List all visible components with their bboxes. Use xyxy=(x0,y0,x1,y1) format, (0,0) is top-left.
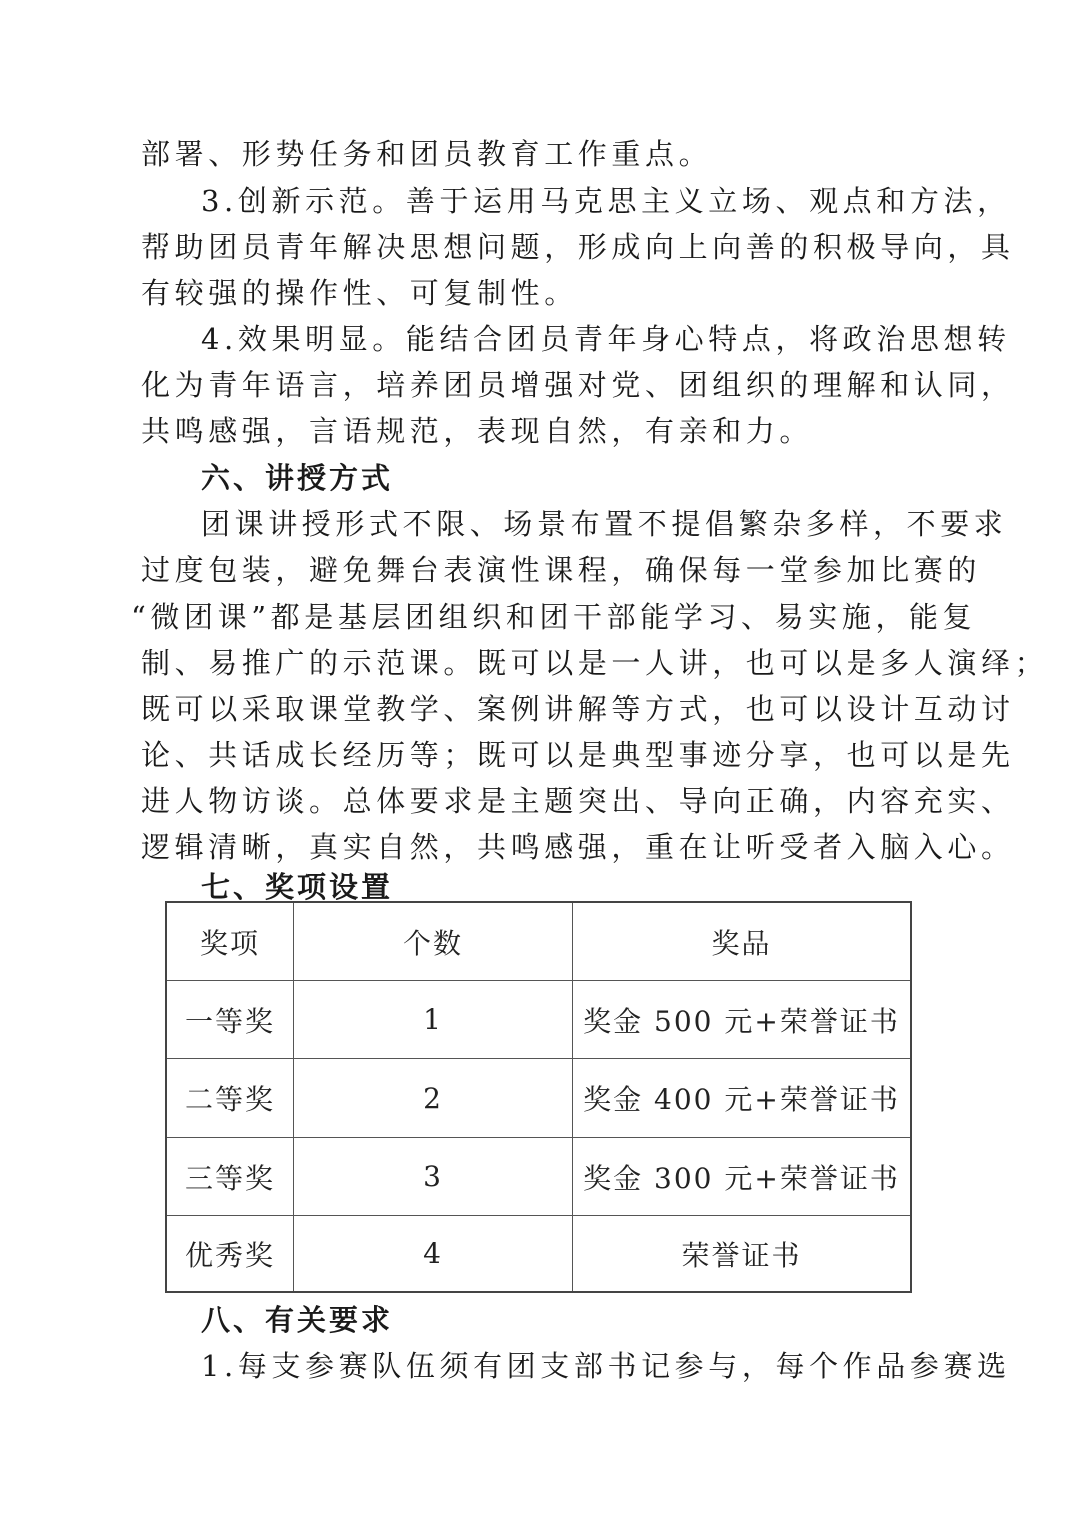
section-heading-teaching-method: 六、讲授方式 xyxy=(201,455,1001,501)
section-heading-requirements: 八、有关要求 xyxy=(201,1297,1001,1343)
paragraph-line: 帮助团员青年解决思想问题，形成向上向善的积极导向，具 xyxy=(141,224,941,270)
table-header: 奖品 xyxy=(573,903,910,981)
table-cell: 1 xyxy=(294,981,573,1059)
table-header: 个数 xyxy=(294,903,573,981)
paragraph-line: 部署、形势任务和团员教育工作重点。 xyxy=(141,131,941,177)
paragraph-line: 既可以采取课堂教学、案例讲解等方式，也可以设计互动讨 xyxy=(141,686,941,732)
paragraph-line: 论、共话成长经历等；既可以是典型事迹分享，也可以是先 xyxy=(141,732,941,778)
table-cell: 4 xyxy=(294,1216,573,1291)
table-cell: 二等奖 xyxy=(167,1059,294,1138)
awards-table: 奖项 个数 奖品 一等奖 1 奖金 500 元+荣誉证书 二等奖 2 奖金 40… xyxy=(165,901,912,1293)
table-cell: 优秀奖 xyxy=(167,1216,294,1291)
table-header: 奖项 xyxy=(167,903,294,981)
table-cell: 一等奖 xyxy=(167,981,294,1059)
paragraph-line: 4.效果明显。能结合团员青年身心特点，将政治思想转 xyxy=(201,316,1001,362)
paragraph-line: 团课讲授形式不限、场景布置不提倡繁杂多样，不要求 xyxy=(201,501,1001,547)
paragraph-line: 1.每支参赛队伍须有团支部书记参与，每个作品参赛选 xyxy=(201,1343,1001,1389)
table-cell: 奖金 300 元+荣誉证书 xyxy=(573,1138,910,1216)
table-cell: 3 xyxy=(294,1138,573,1216)
paragraph-line: “微团课”都是基层团组织和团干部能学习、易实施，能复 xyxy=(131,594,931,640)
paragraph-line: 共鸣感强，言语规范，表现自然，有亲和力。 xyxy=(141,408,941,454)
table-cell: 奖金 400 元+荣誉证书 xyxy=(573,1059,910,1138)
table-cell: 荣誉证书 xyxy=(573,1216,910,1291)
paragraph-line: 有较强的操作性、可复制性。 xyxy=(141,270,941,316)
paragraph-line: 3.创新示范。善于运用马克思主义立场、观点和方法， xyxy=(201,178,1001,224)
paragraph-line: 进人物访谈。总体要求是主题突出、导向正确，内容充实、 xyxy=(141,778,941,824)
paragraph-line: 制、易推广的示范课。既可以是一人讲，也可以是多人演绎； xyxy=(141,640,941,686)
table-cell: 奖金 500 元+荣誉证书 xyxy=(573,981,910,1059)
table-cell: 三等奖 xyxy=(167,1138,294,1216)
paragraph-line: 过度包装，避免舞台表演性课程，确保每一堂参加比赛的 xyxy=(141,547,941,593)
paragraph-line: 化为青年语言，培养团员增强对党、团组织的理解和认同， xyxy=(141,362,941,408)
table-cell: 2 xyxy=(294,1059,573,1138)
